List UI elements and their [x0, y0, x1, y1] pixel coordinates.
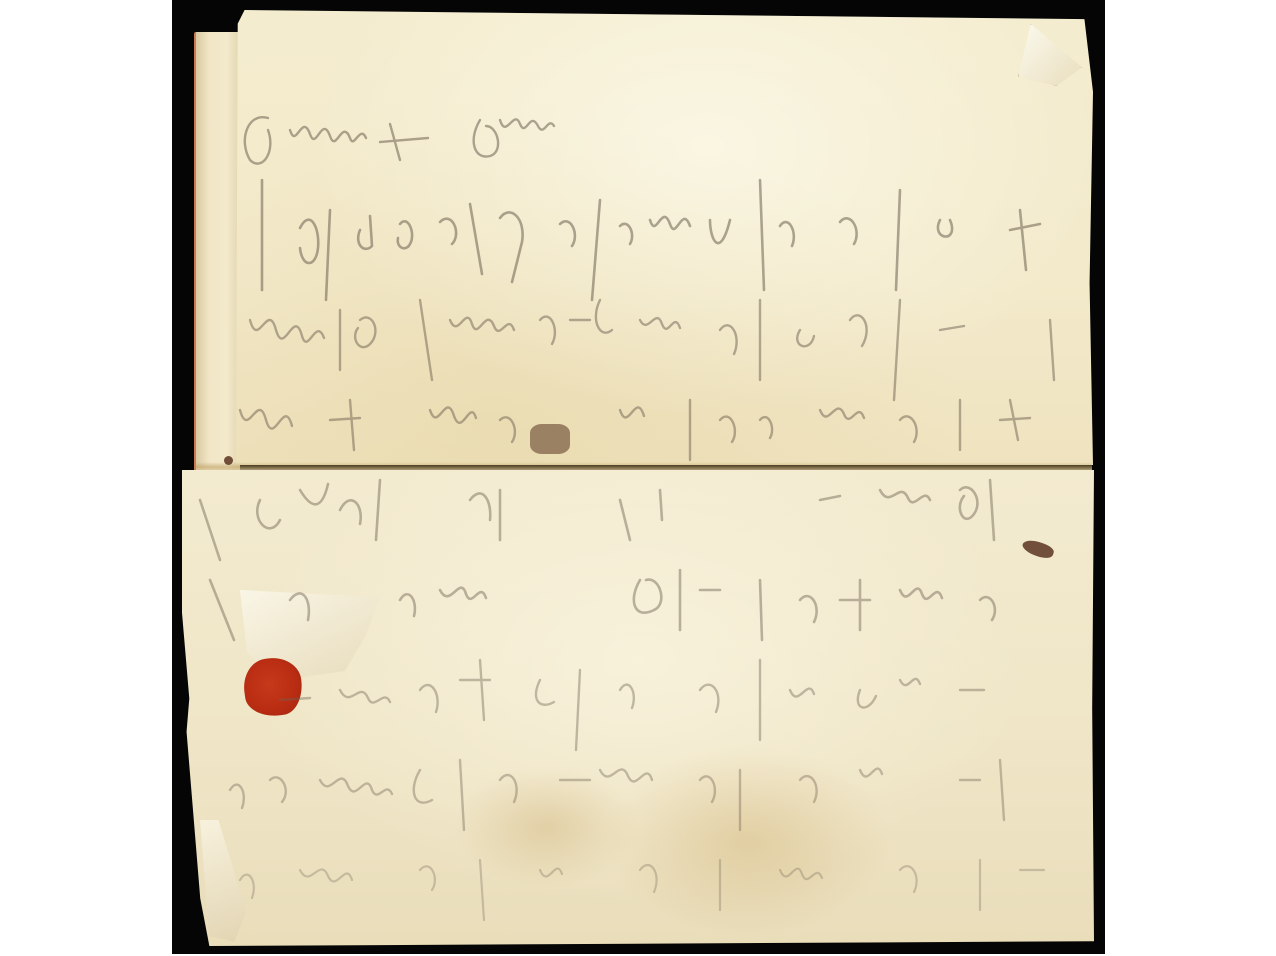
letter-bottom-flap [182, 470, 1094, 946]
ink-smudge-center [530, 424, 570, 454]
letter-back-edge [194, 32, 240, 480]
letter-top-panel [236, 10, 1093, 465]
ink-blot-left [224, 456, 233, 465]
